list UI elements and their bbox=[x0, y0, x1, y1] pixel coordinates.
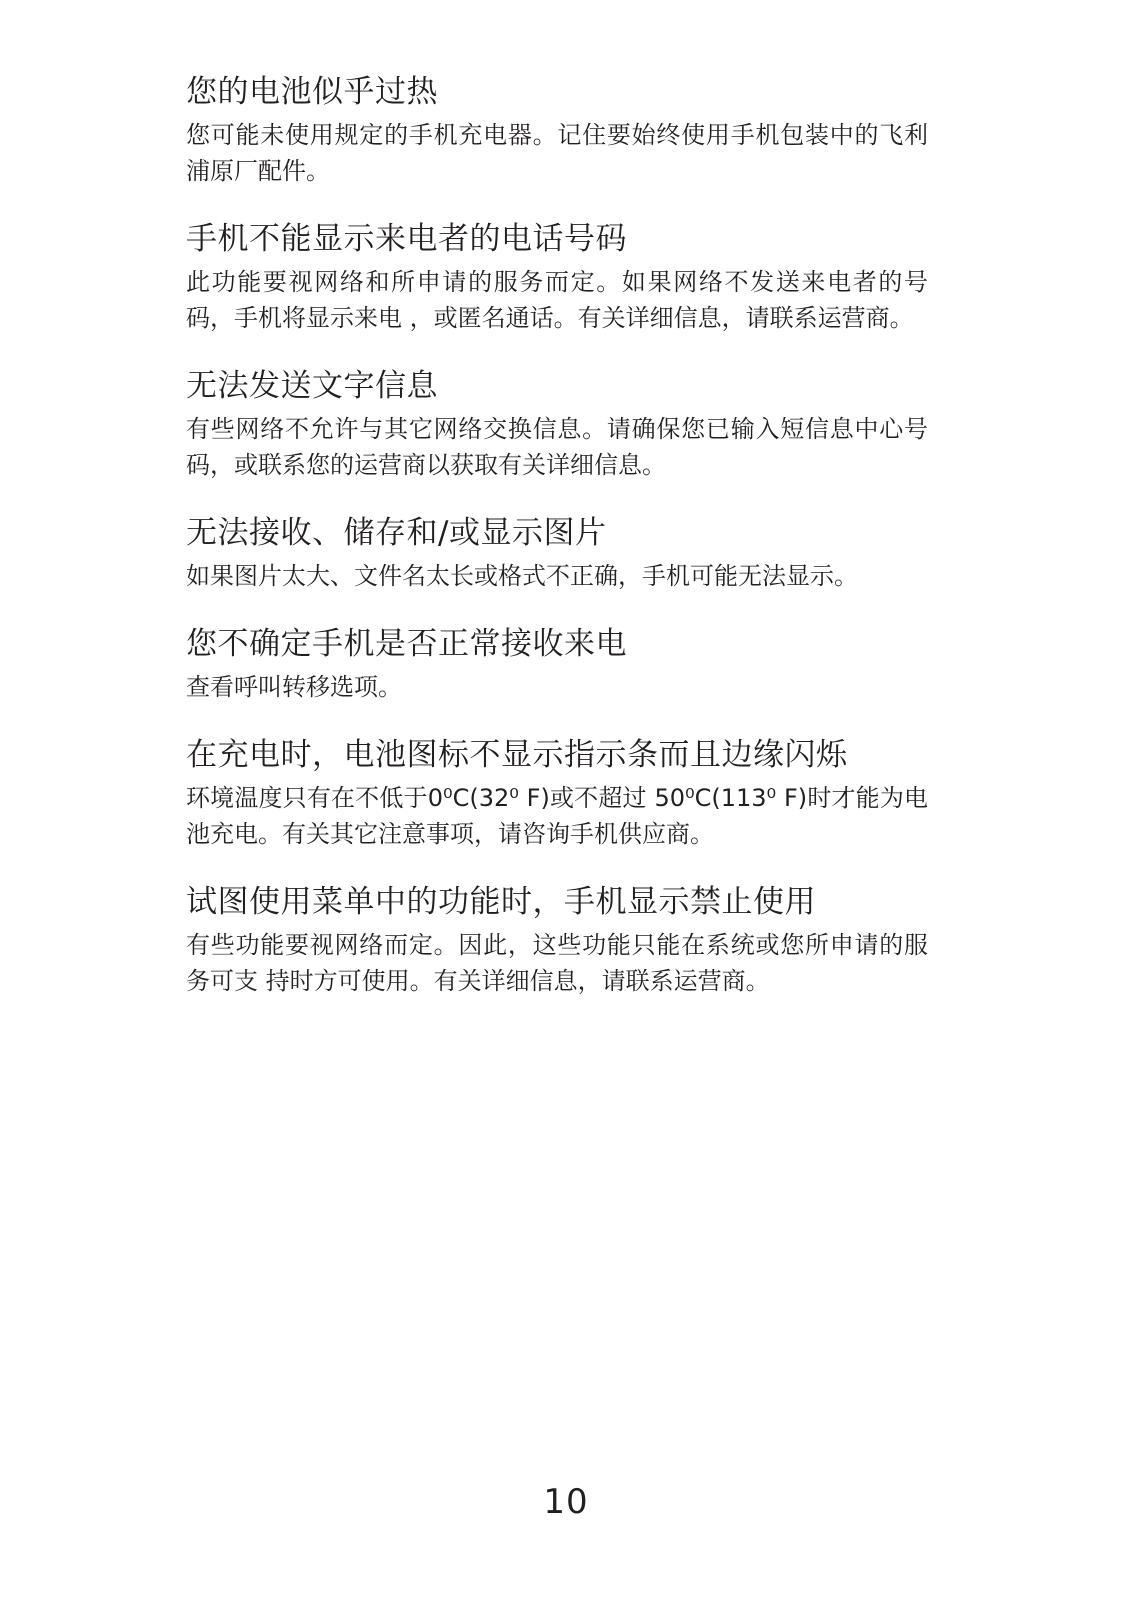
section-body: 您可能未使用规定的手机充电器。记住要始终使用手机包装中的飞利浦原厂配件。 bbox=[186, 117, 928, 189]
section-heading: 您不确定手机是否正常接收来电 bbox=[186, 624, 928, 664]
manual-page: 您的电池似乎过热 您可能未使用规定的手机充电器。记住要始终使用手机包装中的飞利浦… bbox=[0, 0, 1132, 1600]
section-body: 查看呼叫转移选项。 bbox=[186, 669, 928, 705]
trouble-section-battery-hot: 您的电池似乎过热 您可能未使用规定的手机充电器。记住要始终使用手机包装中的飞利浦… bbox=[186, 72, 928, 189]
section-body: 有些功能要视网络而定。因此，这些功能只能在系统或您所申请的服务可支 持时方可使用… bbox=[186, 927, 928, 999]
trouble-section-incoming-calls: 您不确定手机是否正常接收来电 查看呼叫转移选项。 bbox=[186, 624, 928, 705]
trouble-section-caller-id: 手机不能显示来电者的电话号码 此功能要视网络和所申请的服务而定。如果网络不发送来… bbox=[186, 219, 928, 336]
section-body: 环境温度只有在不低于0⁰C(32⁰ F)或不超过 50⁰C(113⁰ F)时才能… bbox=[186, 780, 928, 852]
section-body: 如果图片太大、文件名太长或格式不正确，手机可能无法显示。 bbox=[186, 558, 928, 594]
section-heading: 试图使用菜单中的功能时，手机显示禁止使用 bbox=[186, 882, 928, 922]
trouble-section-sms-send: 无法发送文字信息 有些网络不允许与其它网络交换信息。请确保您已输入短信息中心号码… bbox=[186, 366, 928, 483]
section-heading: 无法接收、储存和/或显示图片 bbox=[186, 513, 928, 553]
section-heading: 您的电池似乎过热 bbox=[186, 72, 928, 112]
section-body: 此功能要视网络和所申请的服务而定。如果网络不发送来电者的号码，手机将显示来电 ，… bbox=[186, 264, 928, 336]
section-body: 有些网络不允许与其它网络交换信息。请确保您已输入短信息中心号码，或联系您的运营商… bbox=[186, 411, 928, 483]
trouble-section-charging-icon: 在充电时，电池图标不显示指示条而且边缘闪烁 环境温度只有在不低于0⁰C(32⁰ … bbox=[186, 735, 928, 852]
troubleshooting-content: 您的电池似乎过热 您可能未使用规定的手机充电器。记住要始终使用手机包装中的飞利浦… bbox=[186, 72, 928, 1029]
section-heading: 无法发送文字信息 bbox=[186, 366, 928, 406]
trouble-section-forbidden-feature: 试图使用菜单中的功能时，手机显示禁止使用 有些功能要视网络而定。因此，这些功能只… bbox=[186, 882, 928, 999]
page-number: 10 bbox=[0, 1482, 1132, 1522]
section-heading: 手机不能显示来电者的电话号码 bbox=[186, 219, 928, 259]
section-heading: 在充电时，电池图标不显示指示条而且边缘闪烁 bbox=[186, 735, 928, 775]
trouble-section-pictures: 无法接收、储存和/或显示图片 如果图片太大、文件名太长或格式不正确，手机可能无法… bbox=[186, 513, 928, 594]
